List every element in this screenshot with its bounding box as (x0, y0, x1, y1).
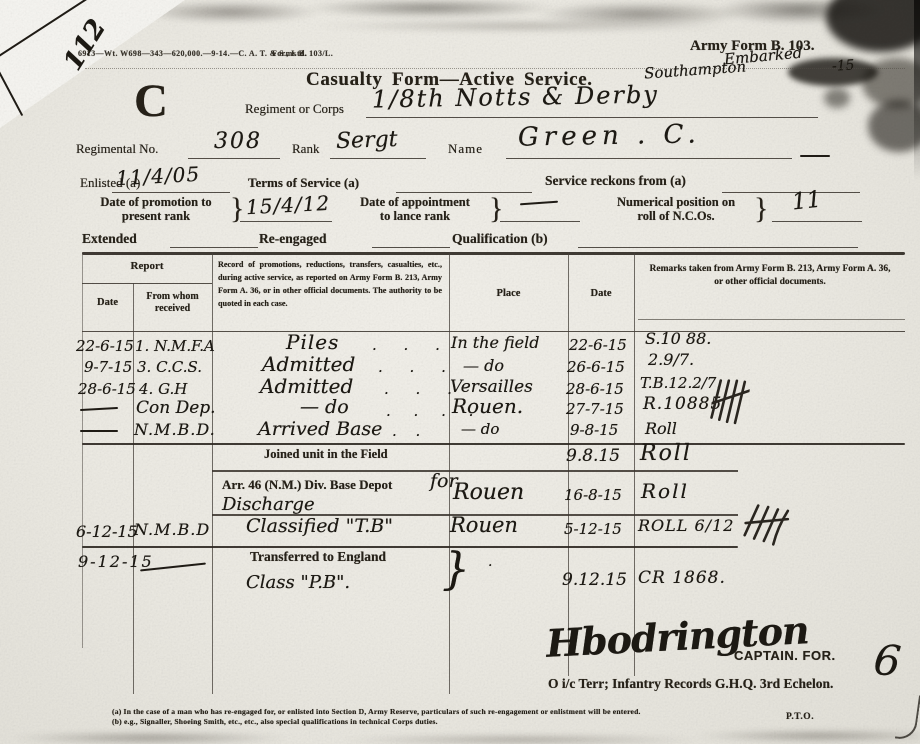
row8-place: Rouen (450, 513, 518, 537)
header-report: Report (82, 260, 212, 272)
row7-remarks: Roll (641, 479, 689, 503)
rank-value: Sergt (336, 127, 398, 154)
footnote-b: (b) e.g., Signaller, Shoeing Smith, etc.… (112, 717, 438, 726)
header-from-whom-line2: received (133, 303, 212, 314)
promotion-value: 15/4/12 (245, 191, 330, 219)
scan-bottom-noise-band (0, 724, 920, 744)
header-date2: Date (568, 288, 634, 299)
appointment-dash-stroke (520, 201, 558, 206)
numerical-value: 11 (791, 187, 823, 216)
reengaged-label: Re-engaged (259, 231, 327, 247)
row2-date2: 26-6-15 (567, 358, 625, 376)
service-reckons-label: Service reckons from (a) (545, 173, 686, 189)
row6-rule (212, 470, 738, 472)
signature-rank: CAPTAIN. FOR. (734, 648, 836, 663)
appointment-underline (500, 221, 580, 222)
regiment-value: 1/8th Notts & Derby (372, 80, 659, 113)
row4-place: Rouen. (452, 394, 523, 418)
row5-ditto-dots: . . (392, 422, 420, 440)
table-vline-date2 (634, 252, 635, 676)
header-remarks: Remarks taken from Army Form B. 213, Arm… (644, 263, 896, 289)
row5-date2: 9-8-15 (570, 421, 618, 439)
row1-ditto-dots: . . . (372, 336, 440, 354)
row5-place: — do (461, 420, 499, 438)
row8-remarks: ROLL 6/12 (638, 516, 734, 535)
row8-record: Classified "T.B" (246, 515, 393, 537)
terms-underline (396, 192, 532, 193)
row9-record-printed: Transferred to England (250, 549, 386, 565)
row8-from: N.M.B.D (134, 520, 210, 539)
qualification-label: Qualification (b) (452, 231, 548, 247)
scan-smudge-right-edge-2 (868, 100, 920, 152)
name-underline (506, 158, 792, 159)
row8-rule (82, 546, 738, 548)
row9-record-hw2: Class "P.B". (246, 572, 350, 593)
appointment-label-line2: to lance rank (340, 209, 490, 224)
remarks-header-underline (638, 319, 905, 320)
regiment-label: Regiment or Corps (245, 101, 344, 117)
casualty-form-document: 112 6913—Wt. W698—343—620,000.—9-14.—C. … (0, 0, 920, 744)
promotion-underline (240, 221, 332, 222)
row3-from: 4. G.H (139, 380, 187, 398)
rank-underline (330, 158, 426, 159)
name-label: Name (448, 141, 483, 157)
extended-label: Extended (82, 231, 137, 247)
header-date: Date (82, 297, 133, 308)
row1-date2: 22-6-15 (569, 336, 627, 354)
row3-date: 28-6-15 (78, 380, 136, 398)
embarked-place-note: Southampton (643, 57, 746, 82)
row2-from: 3. C.C.S. (137, 358, 202, 376)
pto-label: P.T.O. (786, 712, 814, 722)
row7-record-printed: Arr. 46 (N.M.) Div. Base Depot (222, 477, 392, 493)
row5-record: Arrived Base (258, 418, 382, 440)
enlisted-underline (112, 192, 230, 193)
row3-remarks: T.B.12.2/7. (640, 374, 721, 392)
row4-from: Con Dep. (136, 398, 216, 418)
row1-from: 1. N.M.F.A (135, 337, 215, 355)
row1-date: 22-6-15 (76, 337, 134, 355)
row5-rule (82, 443, 905, 445)
row5-from: N.M.B.D. (134, 420, 216, 439)
row5-date-dash (80, 430, 118, 432)
scan-smudge-small (824, 88, 850, 108)
row7-date2: 16-8-15 (564, 486, 622, 504)
signature-mark: 6 (872, 635, 904, 687)
row7-record-hw2: Discharge (222, 494, 315, 515)
section-letter: C (134, 78, 168, 125)
scan-right-edge-strip (914, 0, 920, 180)
numerical-label-line2: roll of N.C.Os. (598, 209, 754, 224)
signature-office: O i/c Terr; Infantry Records G.H.Q. 3rd … (548, 676, 833, 692)
row2-ditto-dots: . . . (378, 358, 446, 376)
regiment-underline (366, 117, 818, 118)
regimental-no-label: Regimental No. (76, 141, 158, 157)
row9-brace: } (442, 544, 470, 595)
promotion-label-line2: present rank (82, 209, 230, 224)
row1-remarks: S.10 88. (645, 329, 711, 348)
header-from-whom-line1: From whom (133, 291, 212, 302)
table-vline-fromwhom (212, 252, 213, 694)
embarked-date-note: -15 (831, 57, 855, 75)
row4-date2: 27-7-15 (566, 400, 624, 418)
row9-place-speck: · (488, 558, 492, 574)
row3-date2: 28-6-15 (566, 380, 624, 398)
row4-date-dash (80, 407, 118, 411)
tally-marks-icon (740, 499, 792, 548)
scan-smudge-top-right (826, 0, 920, 52)
promotion-label-line1: Date of promotion to (82, 195, 230, 210)
name-trailing-dash (800, 155, 830, 157)
row2-remarks: 2.9/7. (648, 350, 694, 369)
row9-date2: 9.12.15 (562, 570, 627, 590)
row4-record: — do (300, 396, 349, 418)
extended-underline (170, 247, 258, 248)
row3-ditto-dots: . . . (384, 380, 452, 398)
row6-record-printed: Joined unit in the Field (264, 447, 388, 462)
tally-marks-icon (709, 374, 752, 429)
regimental-no-value: 308 (214, 129, 262, 154)
row2-record: Admitted (262, 352, 355, 376)
numerical-label-line1: Numerical position on (598, 195, 754, 210)
numerical-brace: } (754, 192, 768, 226)
printer-imprint-form: Forms B. 103/L. (272, 49, 333, 58)
report-divider (82, 283, 212, 284)
regimental-no-underline (188, 158, 280, 159)
row6-remarks: Roll (640, 441, 692, 466)
footnote-a: (a) In the case of a man who has re-enga… (112, 707, 641, 716)
numerical-underline (772, 221, 862, 222)
row8-date2: 5-12-15 (564, 520, 622, 538)
header-place: Place (449, 288, 568, 299)
row6-date2: 9.8.15 (566, 446, 620, 466)
row2-place: — do (463, 356, 504, 375)
row9-remarks: CR 1868. (638, 568, 726, 588)
qualification-underline (578, 247, 858, 248)
row7-place: Rouen (453, 480, 524, 505)
appointment-label-line1: Date of appointment (340, 195, 490, 210)
rank-label: Rank (292, 141, 319, 157)
row3-record: Admitted (260, 374, 353, 398)
row5-remarks: Roll (645, 419, 677, 438)
header-record: Record of promotions, reductions, transf… (218, 258, 442, 310)
table-vline-left (82, 252, 83, 648)
enlisted-value: 11/4/05 (115, 162, 200, 190)
row8-date: 6-12-15 (76, 522, 138, 541)
name-value: Green . C. (518, 119, 701, 152)
row1-record: Piles (286, 330, 339, 354)
terms-label: Terms of Service (a) (248, 175, 359, 191)
table-top-rule (82, 252, 905, 255)
reengaged-underline (372, 247, 450, 248)
row1-place: In the field (451, 333, 540, 352)
row2-date: 9-7-15 (84, 358, 132, 376)
